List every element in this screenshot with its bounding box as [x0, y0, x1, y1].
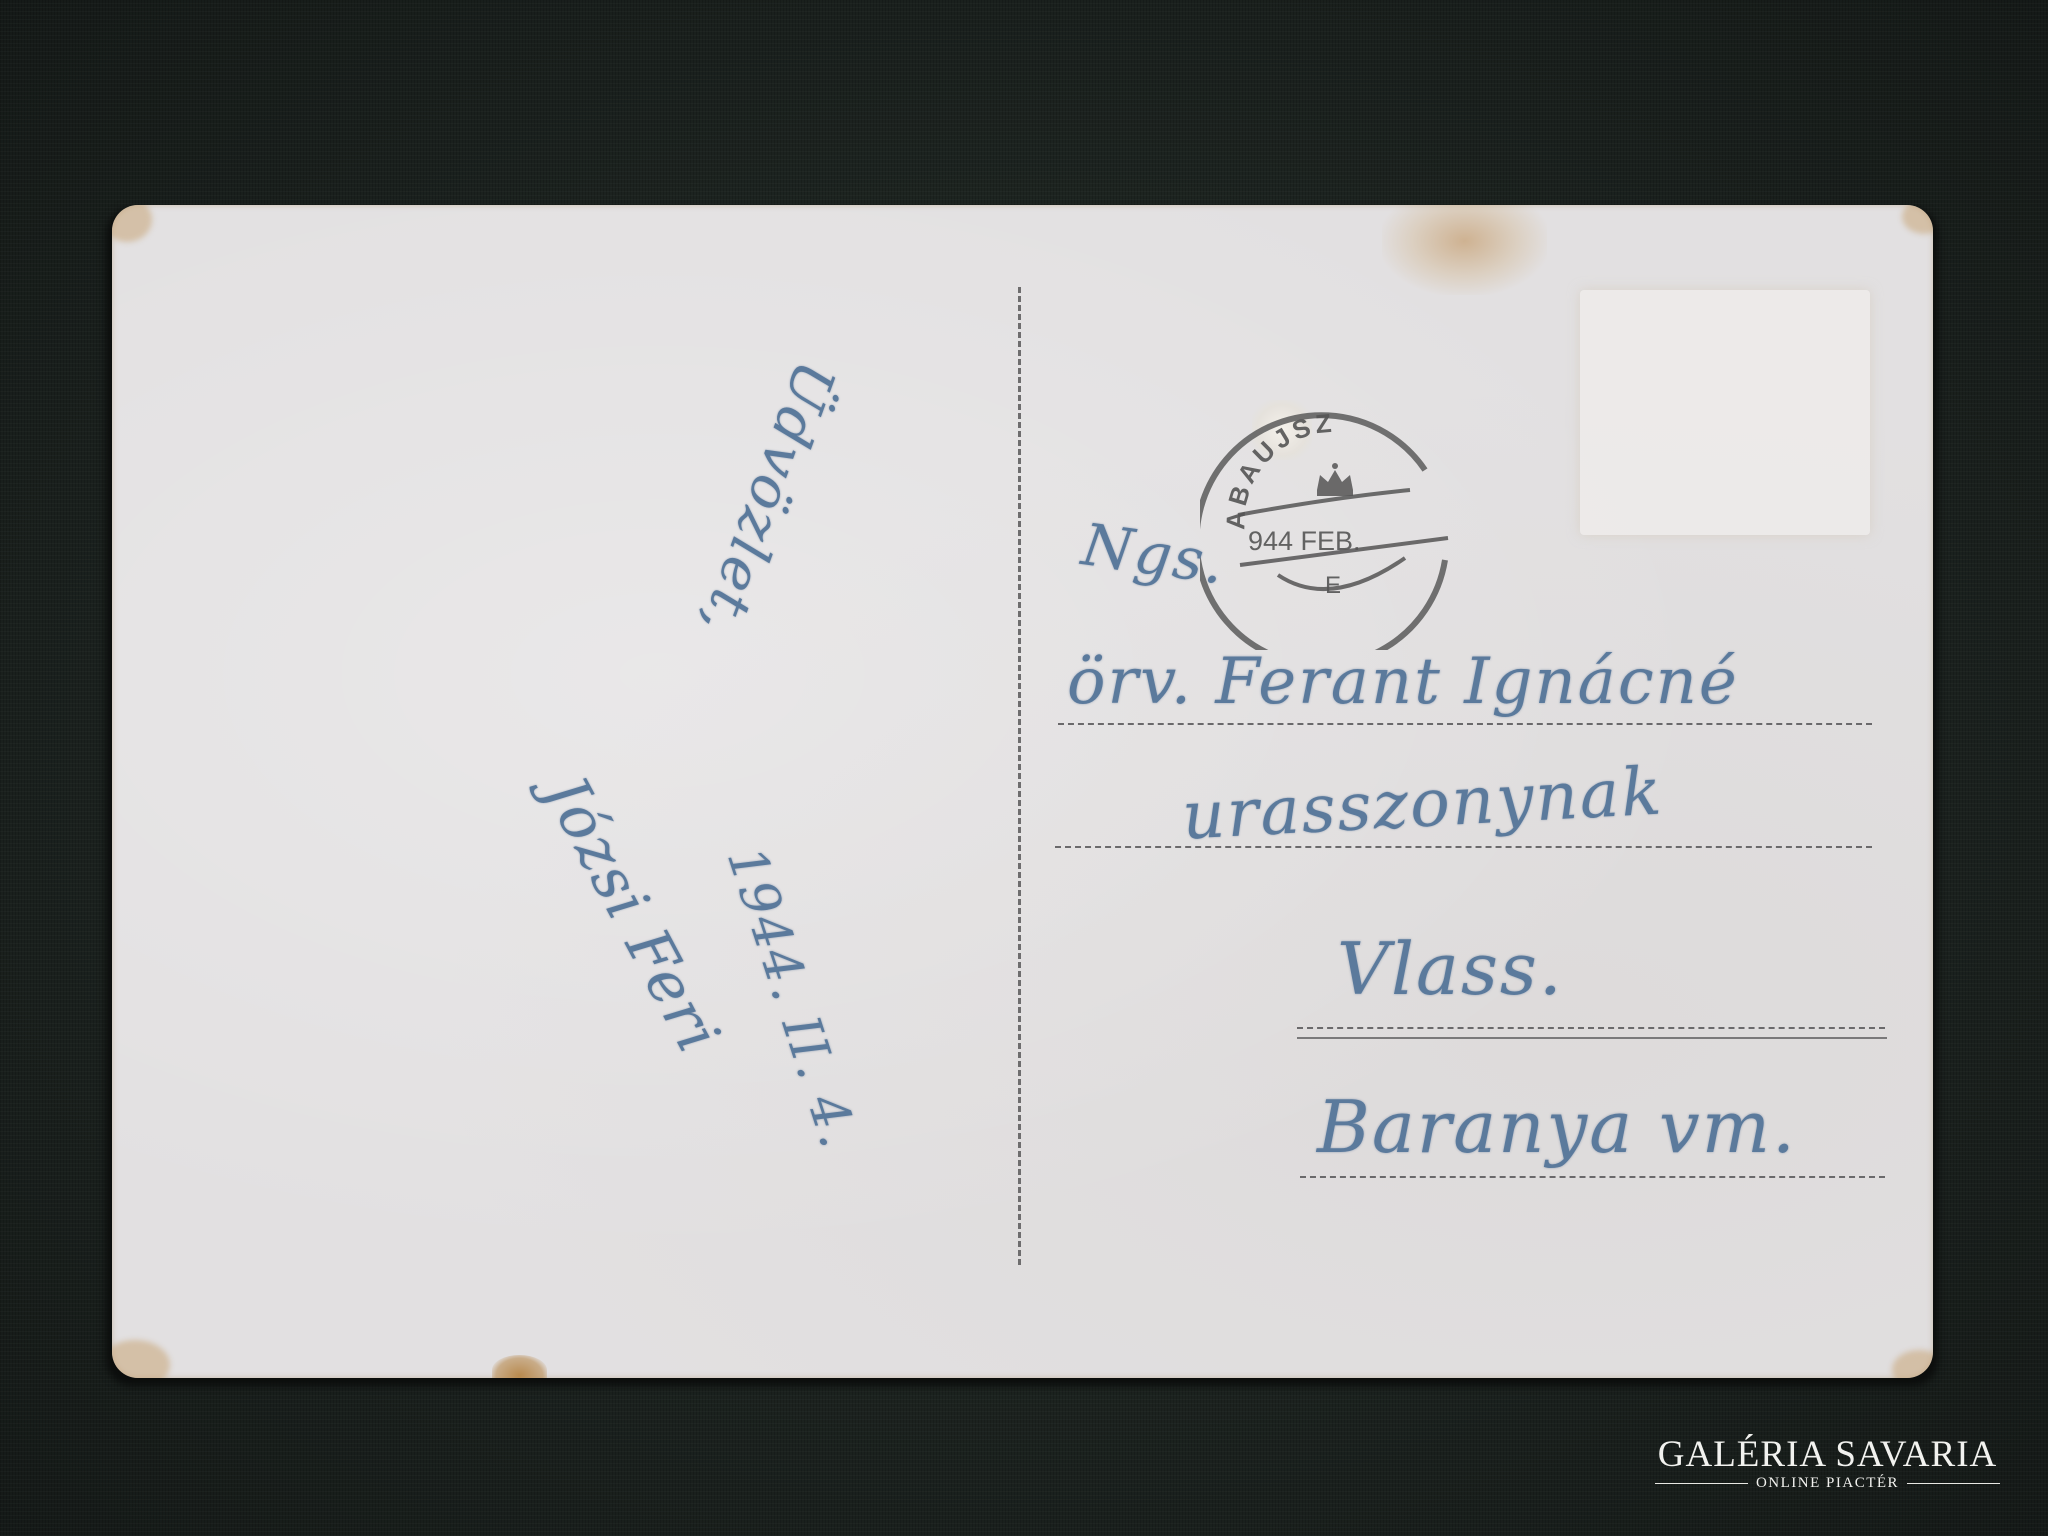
address-honorific: urasszonynak [1180, 752, 1665, 854]
watermark-subtitle: ONLINE PIACTÉR [1756, 1475, 1899, 1492]
address-line-3-underline [1297, 1037, 1887, 1039]
watermark-subtitle-row: ONLINE PIACTÉR [1655, 1475, 2000, 1492]
removed-stamp-area [1580, 290, 1870, 535]
center-divider [1018, 287, 1021, 1265]
stain-top [1382, 205, 1547, 295]
address-line-4 [1300, 1176, 1885, 1178]
postmark-date: 944 FEB. [1248, 526, 1361, 556]
postmark-letter: E [1325, 572, 1341, 599]
corner-wear-bottom-left [112, 1340, 170, 1378]
watermark-rule-right [1907, 1483, 2000, 1484]
corner-wear-top-left [112, 205, 152, 242]
address-town: Vlass. [1337, 927, 1564, 1011]
postcard: ABAUJSZ 944 FEB. E Ngs. örv. Ferant Igná… [112, 205, 1933, 1378]
corner-wear-bottom-right [1892, 1350, 1933, 1378]
address-line-2 [1055, 846, 1872, 848]
address-line-3 [1297, 1027, 1885, 1029]
message-sender: Józsi Feri [530, 765, 734, 1065]
svg-text:ABAUJSZ: ABAUJSZ [1220, 407, 1336, 530]
watermark-rule-left [1655, 1483, 1748, 1484]
address-recipient: örv. Ferant Ignácné [1067, 645, 1739, 719]
stain-bottom [492, 1355, 547, 1378]
message-date: 1944. II. 4. [715, 840, 869, 1156]
address-line-1 [1058, 723, 1872, 725]
address-county: Baranya vm. [1317, 1085, 1797, 1169]
watermark-logo: GALÉRIA SAVARIA ONLINE PIACTÉR [1655, 1436, 2000, 1492]
crown-icon [1317, 463, 1353, 496]
corner-wear-top-right [1902, 205, 1933, 234]
postmark: ABAUJSZ 944 FEB. E [1200, 390, 1460, 650]
message-greeting: Üdvözlet, [688, 353, 847, 645]
watermark-title: GALÉRIA SAVARIA [1655, 1436, 2000, 1473]
